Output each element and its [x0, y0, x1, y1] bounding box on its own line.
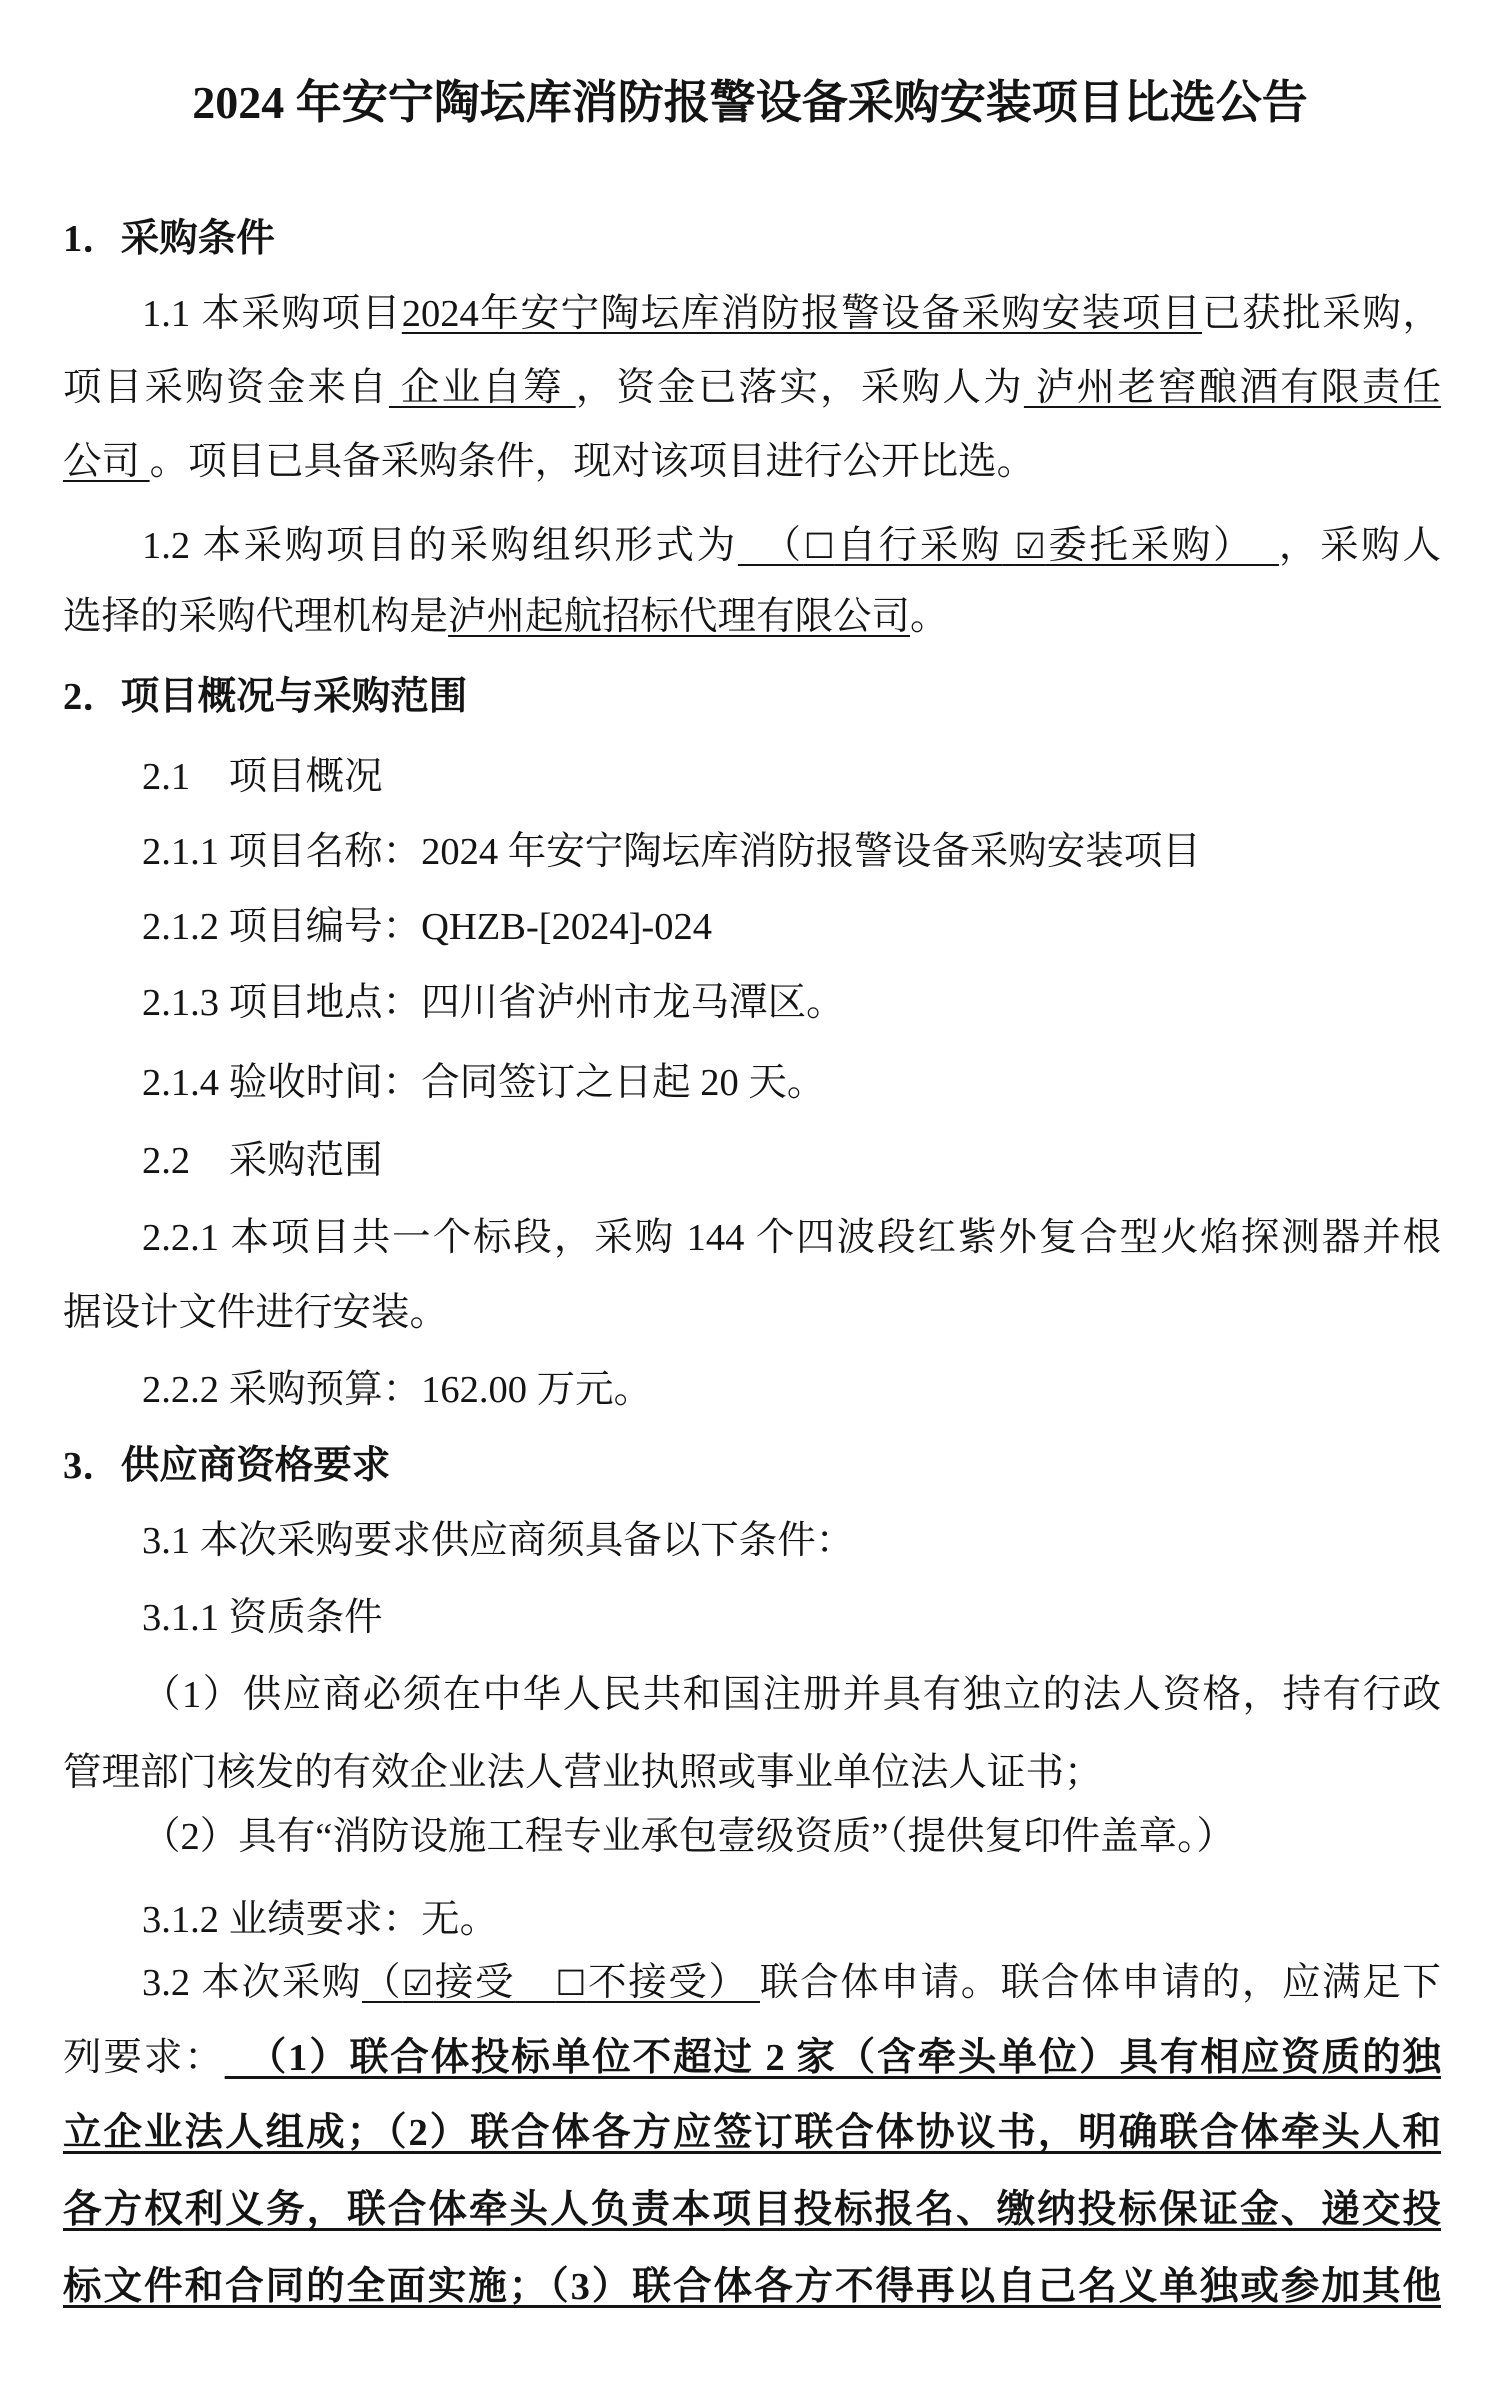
paragraph-1-1-line-1: 1.1 本采购项目2024年安宁陶坛库消防报警设备采购安装项目已获批采购，: [63, 289, 1441, 339]
field-label: 2.2.2 采购预算：: [142, 1369, 421, 1411]
text: （: [738, 525, 804, 567]
consortium-requirements-bold-underlined: 立企业法人组成；（2）联合体各方应签订联合体协议书，明确联合体牵头人和: [63, 2112, 1441, 2154]
consortium-line-4: 各方权利义务，联合体牵头人负责本项目投标报名、缴纳投标保证金、递交投: [63, 2185, 1441, 2235]
text: [515, 1962, 555, 2004]
text: 。: [910, 596, 949, 638]
field-label: 2.1.1 项目名称：: [142, 831, 421, 873]
subheading-qualification-conditions: 3.1.1 资质条件: [63, 1593, 1441, 1643]
consortium-line-5: 标文件和合同的全面实施；（3）联合体各方不得再以自己名义单独或参加其他: [63, 2262, 1441, 2312]
option-entrusted-procurement-label: 委托采购: [1046, 525, 1213, 567]
document-page: 2024 年安宁陶坛库消防报警设备采购安装项目比选公告 1．采购条件 1.1 本…: [0, 0, 1500, 2386]
field-value: 2024 年安宁陶坛库消防报警设备采购安装项目: [421, 831, 1201, 873]
text: 1.2 本采购项目的采购组织形式为: [142, 525, 738, 567]
paragraph-1-1-line-2: 项目采购资金来自 企业自筹 ，资金已落实，采购人为 泸州老窖酿酒有限责任: [63, 363, 1441, 413]
option-self-procurement-label: 自行采购: [835, 525, 1002, 567]
field-value: QHZB-[2024]-024: [421, 906, 712, 948]
field-label: 2.1.3 项目地点：: [142, 982, 421, 1024]
consortium-requirements-bold-underlined: 各方权利义务，联合体牵头人负责本项目投标报名、缴纳投标保证金、递交投: [63, 2189, 1441, 2231]
text: 选择的采购代理机构是: [63, 596, 448, 638]
text: ）: [1213, 525, 1279, 567]
qualification-intro: 3.1 本次采购要求供应商须具备以下条件：: [63, 1516, 1441, 1566]
scope-description-line-2: 据设计文件进行安装。: [63, 1288, 1441, 1338]
consortium-requirements-bold-underlined: 标文件和合同的全面实施；（3）联合体各方不得再以自己名义单独或参加其他: [63, 2266, 1441, 2308]
text: 已获批采购，: [1202, 293, 1441, 335]
project-name-underlined: 2024年安宁陶坛库消防报警设备采购安装项目: [402, 293, 1202, 335]
text: [1002, 525, 1014, 567]
text: 。项目已具备采购条件，现对该项目进行公开比选。: [150, 441, 1036, 483]
field-value: 合同签订之日起 20 天。: [421, 1062, 825, 1104]
option-accept-label: 接受: [433, 1962, 515, 2004]
section-heading-procurement-conditions: 1．采购条件: [63, 214, 1441, 264]
field-label: 2.1.2 项目编号：: [142, 906, 421, 948]
field-project-name: 2.1.1 项目名称：2024 年安宁陶坛库消防报警设备采购安装项目: [63, 827, 1441, 877]
section-heading-supplier-qualifications: 3．供应商资格要求: [63, 1441, 1441, 1491]
text: ，资金已落实，采购人为: [576, 367, 1024, 409]
field-value: 162.00 万元。: [421, 1369, 652, 1411]
qualification-1-line-2: 管理部门核发的有效企业法人营业执照或事业单位法人证书；: [63, 1748, 1441, 1798]
text: ，采购人: [1279, 525, 1441, 567]
field-label: 2.1.4 验收时间：: [142, 1062, 421, 1104]
fund-source-underlined: 企业自筹: [389, 367, 576, 409]
consortium-line-1: 3.2 本次采购（☑接受 ☐不接受） 联合体申请。联合体申请的，应满足下: [63, 1958, 1441, 2008]
option-reject-label: 不接受: [586, 1962, 708, 2004]
qualification-2: （2）具有“消防设施工程专业承包壹级资质”（提供复印件盖章。）: [63, 1812, 1441, 1862]
performance-requirement: 3.1.2 业绩要求：无。: [63, 1895, 1441, 1945]
field-project-location: 2.1.3 项目地点：四川省泸州市龙马潭区。: [63, 978, 1441, 1028]
field-budget: 2.2.2 采购预算：162.00 万元。: [63, 1365, 1441, 1415]
page-title: 2024 年安宁陶坛库消防报警设备采购安装项目比选公告: [0, 76, 1500, 130]
checkbox-checked-icon: ☑: [1015, 527, 1046, 567]
checkbox-unchecked-icon: ☐: [555, 1964, 586, 2004]
text: （: [362, 1962, 402, 2004]
scope-description-line-1: 2.2.1 本项目共一个标段，采购 144 个四波段红紫外复合型火焰探测器并根: [63, 1213, 1441, 1263]
paragraph-1-2-line-1: 1.2 本采购项目的采购组织形式为 （☐自行采购 ☑委托采购） ，采购人: [63, 521, 1441, 571]
checkbox-unchecked-icon: ☐: [804, 527, 835, 567]
organization-form-options: （☐自行采购 ☑委托采购）: [738, 525, 1279, 567]
consortium-line-2: 列要求： （1）联合体投标单位不超过 2 家（含牵头单位）具有相应资质的独: [63, 2033, 1441, 2083]
subheading-project-overview: 2.1 项目概况: [63, 752, 1441, 802]
paragraph-1-2-line-2: 选择的采购代理机构是泸州起航招标代理有限公司。: [63, 592, 1441, 642]
field-value: 四川省泸州市龙马潭区。: [421, 982, 845, 1024]
consortium-requirements-bold-underlined: （1）联合体投标单位不超过 2 家（含牵头单位）具有相应资质的独: [225, 2037, 1441, 2079]
purchaser-name-underlined: 公司: [63, 441, 150, 483]
subheading-procurement-scope: 2.2 采购范围: [63, 1136, 1441, 1186]
agency-name-underlined: 泸州起航招标代理有限公司: [448, 596, 910, 638]
section-heading-project-overview-scope: 2．项目概况与采购范围: [63, 672, 1441, 722]
qualification-1-line-1: （1）供应商必须在中华人民共和国注册并具有独立的法人资格，持有行政: [63, 1670, 1441, 1720]
field-project-number: 2.1.2 项目编号：QHZB-[2024]-024: [63, 902, 1441, 952]
consortium-options: （☑接受 ☐不接受）: [362, 1962, 760, 2004]
text: 项目采购资金来自: [63, 367, 389, 409]
paragraph-1-1-line-3: 公司 。项目已具备采购条件，现对该项目进行公开比选。: [63, 437, 1441, 487]
field-acceptance-time: 2.1.4 验收时间：合同签订之日起 20 天。: [63, 1058, 1441, 1108]
consortium-line-3: 立企业法人组成；（2）联合体各方应签订联合体协议书，明确联合体牵头人和: [63, 2108, 1441, 2158]
checkbox-checked-icon: ☑: [402, 1964, 433, 2004]
text: 1.1 本采购项目: [142, 293, 402, 335]
purchaser-name-underlined: 泸州老窖酿酒有限责任: [1024, 367, 1441, 409]
text: 列要求：: [63, 2037, 225, 2079]
text: 联合体申请。联合体申请的，应满足下: [760, 1962, 1441, 2004]
text: ）: [709, 1962, 760, 2004]
text: 3.2 本次采购: [142, 1962, 362, 2004]
